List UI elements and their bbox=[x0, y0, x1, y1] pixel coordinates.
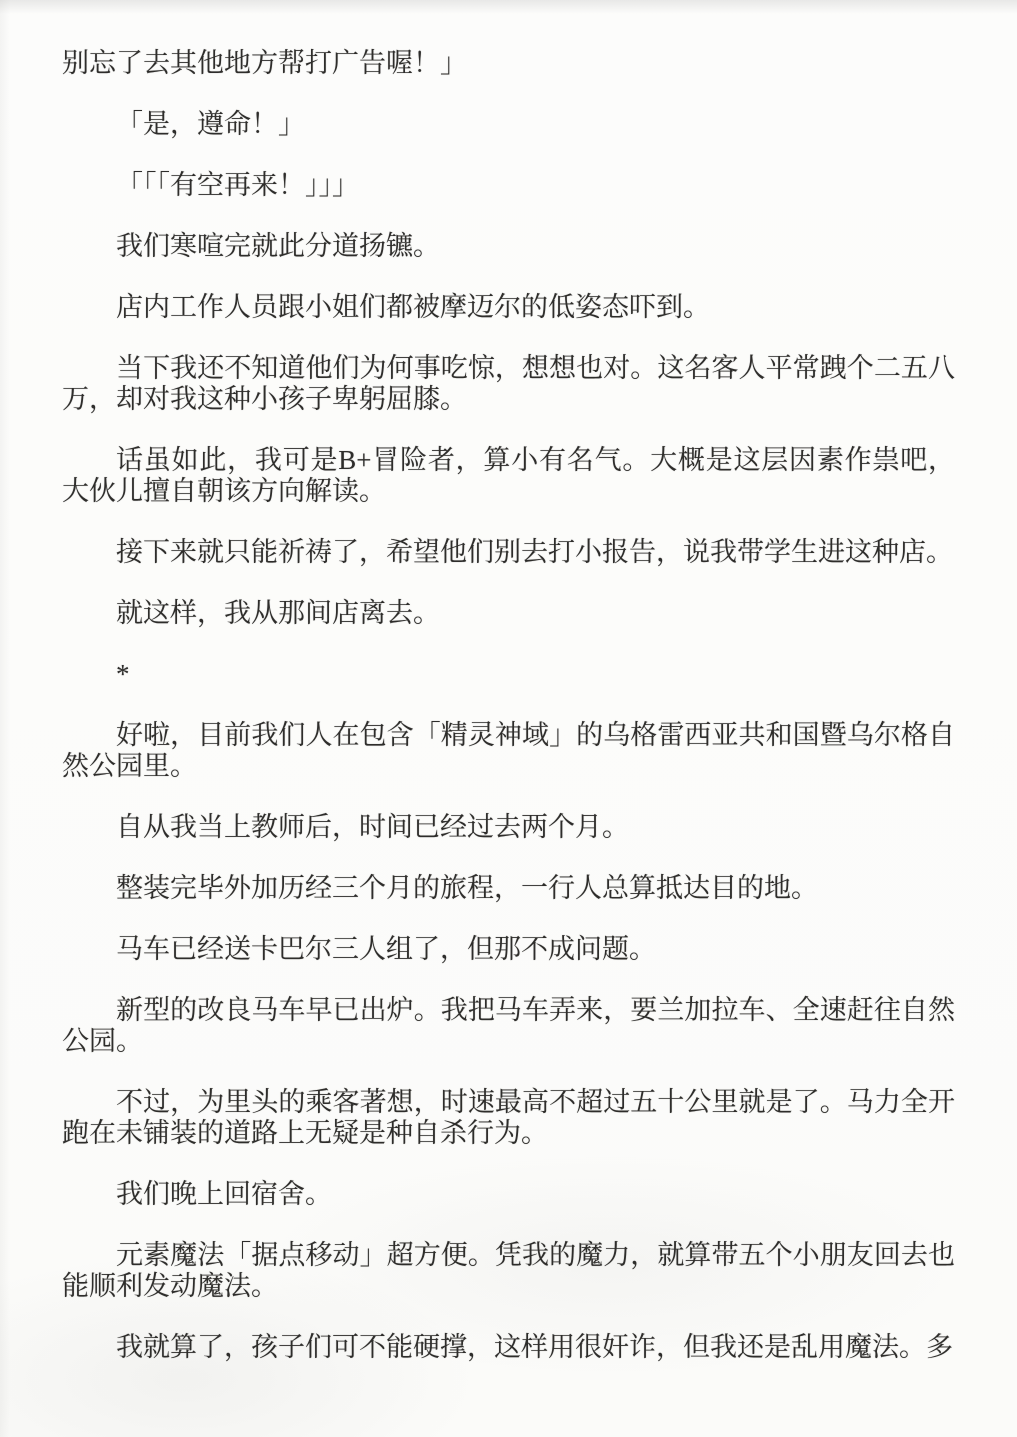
paragraph-4: 我们寒喧完就此分道扬镳。 bbox=[62, 231, 955, 262]
paragraph-7: 话虽如此，我可是B+冒险者，算小有名气。大概是这层因素作祟吧，大伙儿擅自朝该方向… bbox=[62, 445, 955, 507]
paragraph-17: 我们晚上回宿舍。 bbox=[62, 1179, 955, 1210]
paragraph-2: 「是，遵命！」 bbox=[62, 109, 955, 140]
paragraph-16: 不过，为里头的乘客著想，时速最高不超过五十公里就是了。马力全开跑在未铺装的道路上… bbox=[62, 1087, 955, 1149]
paragraph-1: 别忘了去其他地方帮打广告喔！」 bbox=[62, 48, 955, 79]
paragraph-12: 自从我当上教师后，时间已经过去两个月。 bbox=[62, 812, 955, 843]
section-divider: * bbox=[62, 659, 955, 690]
paragraph-8: 接下来就只能祈祷了，希望他们别去打小报告，说我带学生进这种店。 bbox=[62, 537, 955, 568]
paragraph-3: 「「「有空再来！」」」 bbox=[62, 170, 955, 201]
paragraph-13: 整装完毕外加历经三个月的旅程，一行人总算抵达目的地。 bbox=[62, 873, 955, 904]
novel-page: 别忘了去其他地方帮打广告喔！」「是，遵命！」「「「有空再来！」」」我们寒喧完就此… bbox=[0, 0, 1017, 1437]
paragraph-6: 当下我还不知道他们为何事吃惊，想想也对。这名客人平常跩个二五八万，却对我这种小孩… bbox=[62, 353, 955, 415]
paragraph-18: 元素魔法「据点移动」超方便。凭我的魔力，就算带五个小朋友回去也能顺利发动魔法。 bbox=[62, 1240, 955, 1302]
paragraph-5: 店内工作人员跟小姐们都被摩迈尔的低姿态吓到。 bbox=[62, 292, 955, 323]
paragraph-9: 就这样，我从那间店离去。 bbox=[62, 598, 955, 629]
page-text-content: 别忘了去其他地方帮打广告喔！」「是，遵命！」「「「有空再来！」」」我们寒喧完就此… bbox=[62, 48, 955, 1363]
paragraph-19: 我就算了，孩子们可不能硬撑，这样用很奸诈，但我还是乱用魔法。多 bbox=[62, 1332, 955, 1363]
paragraph-11: 好啦，目前我们人在包含「精灵神域」的乌格雷西亚共和国暨乌尔格自然公园里。 bbox=[62, 720, 955, 782]
paragraph-14: 马车已经送卡巴尔三人组了，但那不成问题。 bbox=[62, 934, 955, 965]
paragraph-15: 新型的改良马车早已出炉。我把马车弄来，要兰加拉车、全速赶往自然公园。 bbox=[62, 995, 955, 1057]
